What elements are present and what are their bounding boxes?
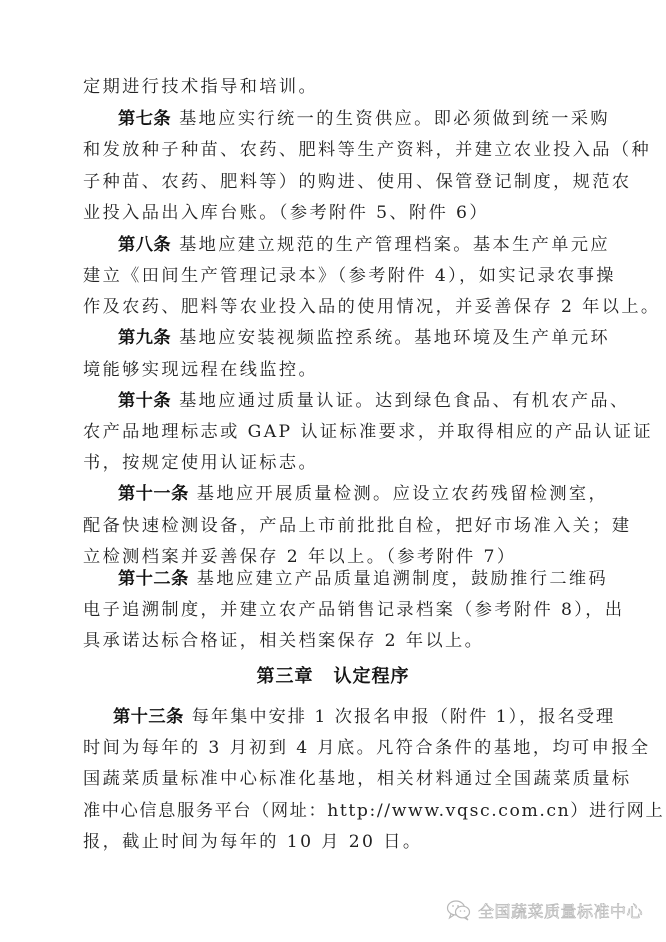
line-text: 书，按规定使用认证标志。 — [83, 453, 318, 473]
line-text: 电子追溯制度，并建立农产品销售记录档案（参考附件 8），出 — [83, 600, 624, 620]
line-text: 国蔬菜质量标准中心标准化基地，相关材料通过全国蔬菜质量标 — [83, 769, 631, 789]
line-text: 具承诺达标合格证，相关档案保存 2 年以上。 — [83, 631, 484, 651]
article-number: 第八条 — [118, 235, 171, 255]
paragraph-line: 子种苗、农药、肥料等）的购进、使用、保管登记制度，规范农 — [83, 169, 583, 195]
wechat-icon — [446, 899, 472, 921]
paragraph-line: 定期进行技术指导和培训。 — [83, 74, 583, 100]
paragraph-line: 境能够实现远程在线监控。 — [83, 357, 583, 383]
paragraph-line: 配备快速检测设备，产品上市前批批自检，把好市场准入关；建 — [83, 513, 583, 539]
document-page: 定期进行技术指导和培训。 第七条基地应实行统一的生资供应。即必须做到统一采购 和… — [0, 0, 666, 942]
paragraph-line: 作及农药、肥料等农业投入品的使用情况，并妥善保存 2 年以上。 — [83, 294, 583, 320]
wechat-watermark: 全国蔬菜质量标准中心 — [446, 897, 643, 923]
article-8-line: 第八条基地应建立规范的生产管理档案。基本生产单元应 — [118, 232, 583, 258]
article-12-line: 第十二条基地应建立产品质量追溯制度，鼓励推行二维码 — [118, 566, 583, 592]
article-9-line: 第九条基地应安装视频监控系统。基地环境及生产单元环 — [118, 325, 583, 351]
article-number: 第七条 — [118, 109, 171, 129]
article-10-line: 第十条基地应通过质量认证。达到绿色食品、有机农产品、 — [118, 388, 583, 414]
paragraph-line: 书，按规定使用认证标志。 — [83, 450, 583, 476]
paragraph-line: 业投入品出入库台账。（参考附件 5、附件 6） — [83, 200, 583, 226]
line-text: 准中心信息服务平台（网址：http://www.vqsc.com.cn）进行网上… — [83, 801, 666, 821]
paragraph-line: 时间为每年的 3 月初到 4 月底。凡符合条件的基地，均可申报全 — [83, 735, 583, 761]
article-number: 第十一条 — [118, 484, 189, 504]
article-number: 第十三条 — [113, 707, 184, 727]
line-text: 和发放种子种苗、农药、肥料等生产资料，并建立农业投入品（种 — [83, 140, 651, 160]
paragraph-line: 电子追溯制度，并建立农产品销售记录档案（参考附件 8），出 — [83, 597, 583, 623]
article-number: 第九条 — [118, 328, 171, 348]
chapter-heading: 第三章认定程序 — [0, 663, 666, 691]
line-text: 基地应实行统一的生资供应。即必须做到统一采购 — [179, 109, 610, 129]
line-text: 建立《田间生产管理记录本》（参考附件 4），如实记录农事操 — [83, 266, 616, 286]
line-text: 境能够实现远程在线监控。 — [83, 360, 318, 380]
chapter-number: 第三章 — [257, 666, 314, 687]
line-text: 作及农药、肥料等农业投入品的使用情况，并妥善保存 2 年以上。 — [83, 297, 661, 317]
line-text: 基地应建立规范的生产管理档案。基本生产单元应 — [179, 235, 610, 255]
article-11-line: 第十一条基地应开展质量检测。应设立农药残留检测室， — [118, 481, 583, 507]
paragraph-line: 准中心信息服务平台（网址：http://www.vqsc.com.cn）进行网上… — [83, 798, 583, 824]
line-text: 每年集中安排 1 次报名申报（附件 1），报名受理 — [192, 707, 615, 727]
paragraph-line: 国蔬菜质量标准中心标准化基地，相关材料通过全国蔬菜质量标 — [83, 766, 583, 792]
article-number: 第十二条 — [118, 569, 189, 589]
line-text: 基地应安装视频监控系统。基地环境及生产单元环 — [179, 328, 610, 348]
line-text: 定期进行技术指导和培训。 — [83, 77, 318, 97]
line-text: 基地应通过质量认证。达到绿色食品、有机农产品、 — [179, 391, 630, 411]
line-text: 基地应开展质量检测。应设立农药残留检测室， — [197, 484, 608, 504]
paragraph-line: 农产品地理标志或 GAP 认证标准要求，并取得相应的产品认证证 — [83, 419, 583, 445]
paragraph-line: 具承诺达标合格证，相关档案保存 2 年以上。 — [83, 628, 583, 654]
line-text: 基地应建立产品质量追溯制度，鼓励推行二维码 — [197, 569, 608, 589]
line-text: 时间为每年的 3 月初到 4 月底。凡符合条件的基地，均可申报全 — [83, 738, 650, 758]
article-number: 第十条 — [118, 391, 171, 411]
paragraph-line: 建立《田间生产管理记录本》（参考附件 4），如实记录农事操 — [83, 263, 583, 289]
paragraph-line: 报，截止时间为每年的 10 月 20 日。 — [83, 829, 583, 855]
chapter-title: 认定程序 — [334, 666, 410, 687]
article-7-line: 第七条基地应实行统一的生资供应。即必须做到统一采购 — [118, 106, 583, 132]
line-text: 配备快速检测设备，产品上市前批批自检，把好市场准入关；建 — [83, 516, 631, 536]
line-text: 立检测档案并妥善保存 2 年以上。（参考附件 7） — [83, 547, 516, 567]
article-13-line: 第十三条每年集中安排 1 次报名申报（附件 1），报名受理 — [113, 704, 583, 730]
line-text: 业投入品出入库台账。（参考附件 5、附件 6） — [83, 203, 489, 223]
line-text: 子种苗、农药、肥料等）的购进、使用、保管登记制度，规范农 — [83, 172, 631, 192]
line-text: 报，截止时间为每年的 10 月 20 日。 — [83, 832, 422, 852]
watermark-text: 全国蔬菜质量标准中心 — [478, 899, 643, 922]
line-text: 农产品地理标志或 GAP 认证标准要求，并取得相应的产品认证证 — [83, 422, 653, 442]
paragraph-line: 和发放种子种苗、农药、肥料等生产资料，并建立农业投入品（种 — [83, 137, 583, 163]
